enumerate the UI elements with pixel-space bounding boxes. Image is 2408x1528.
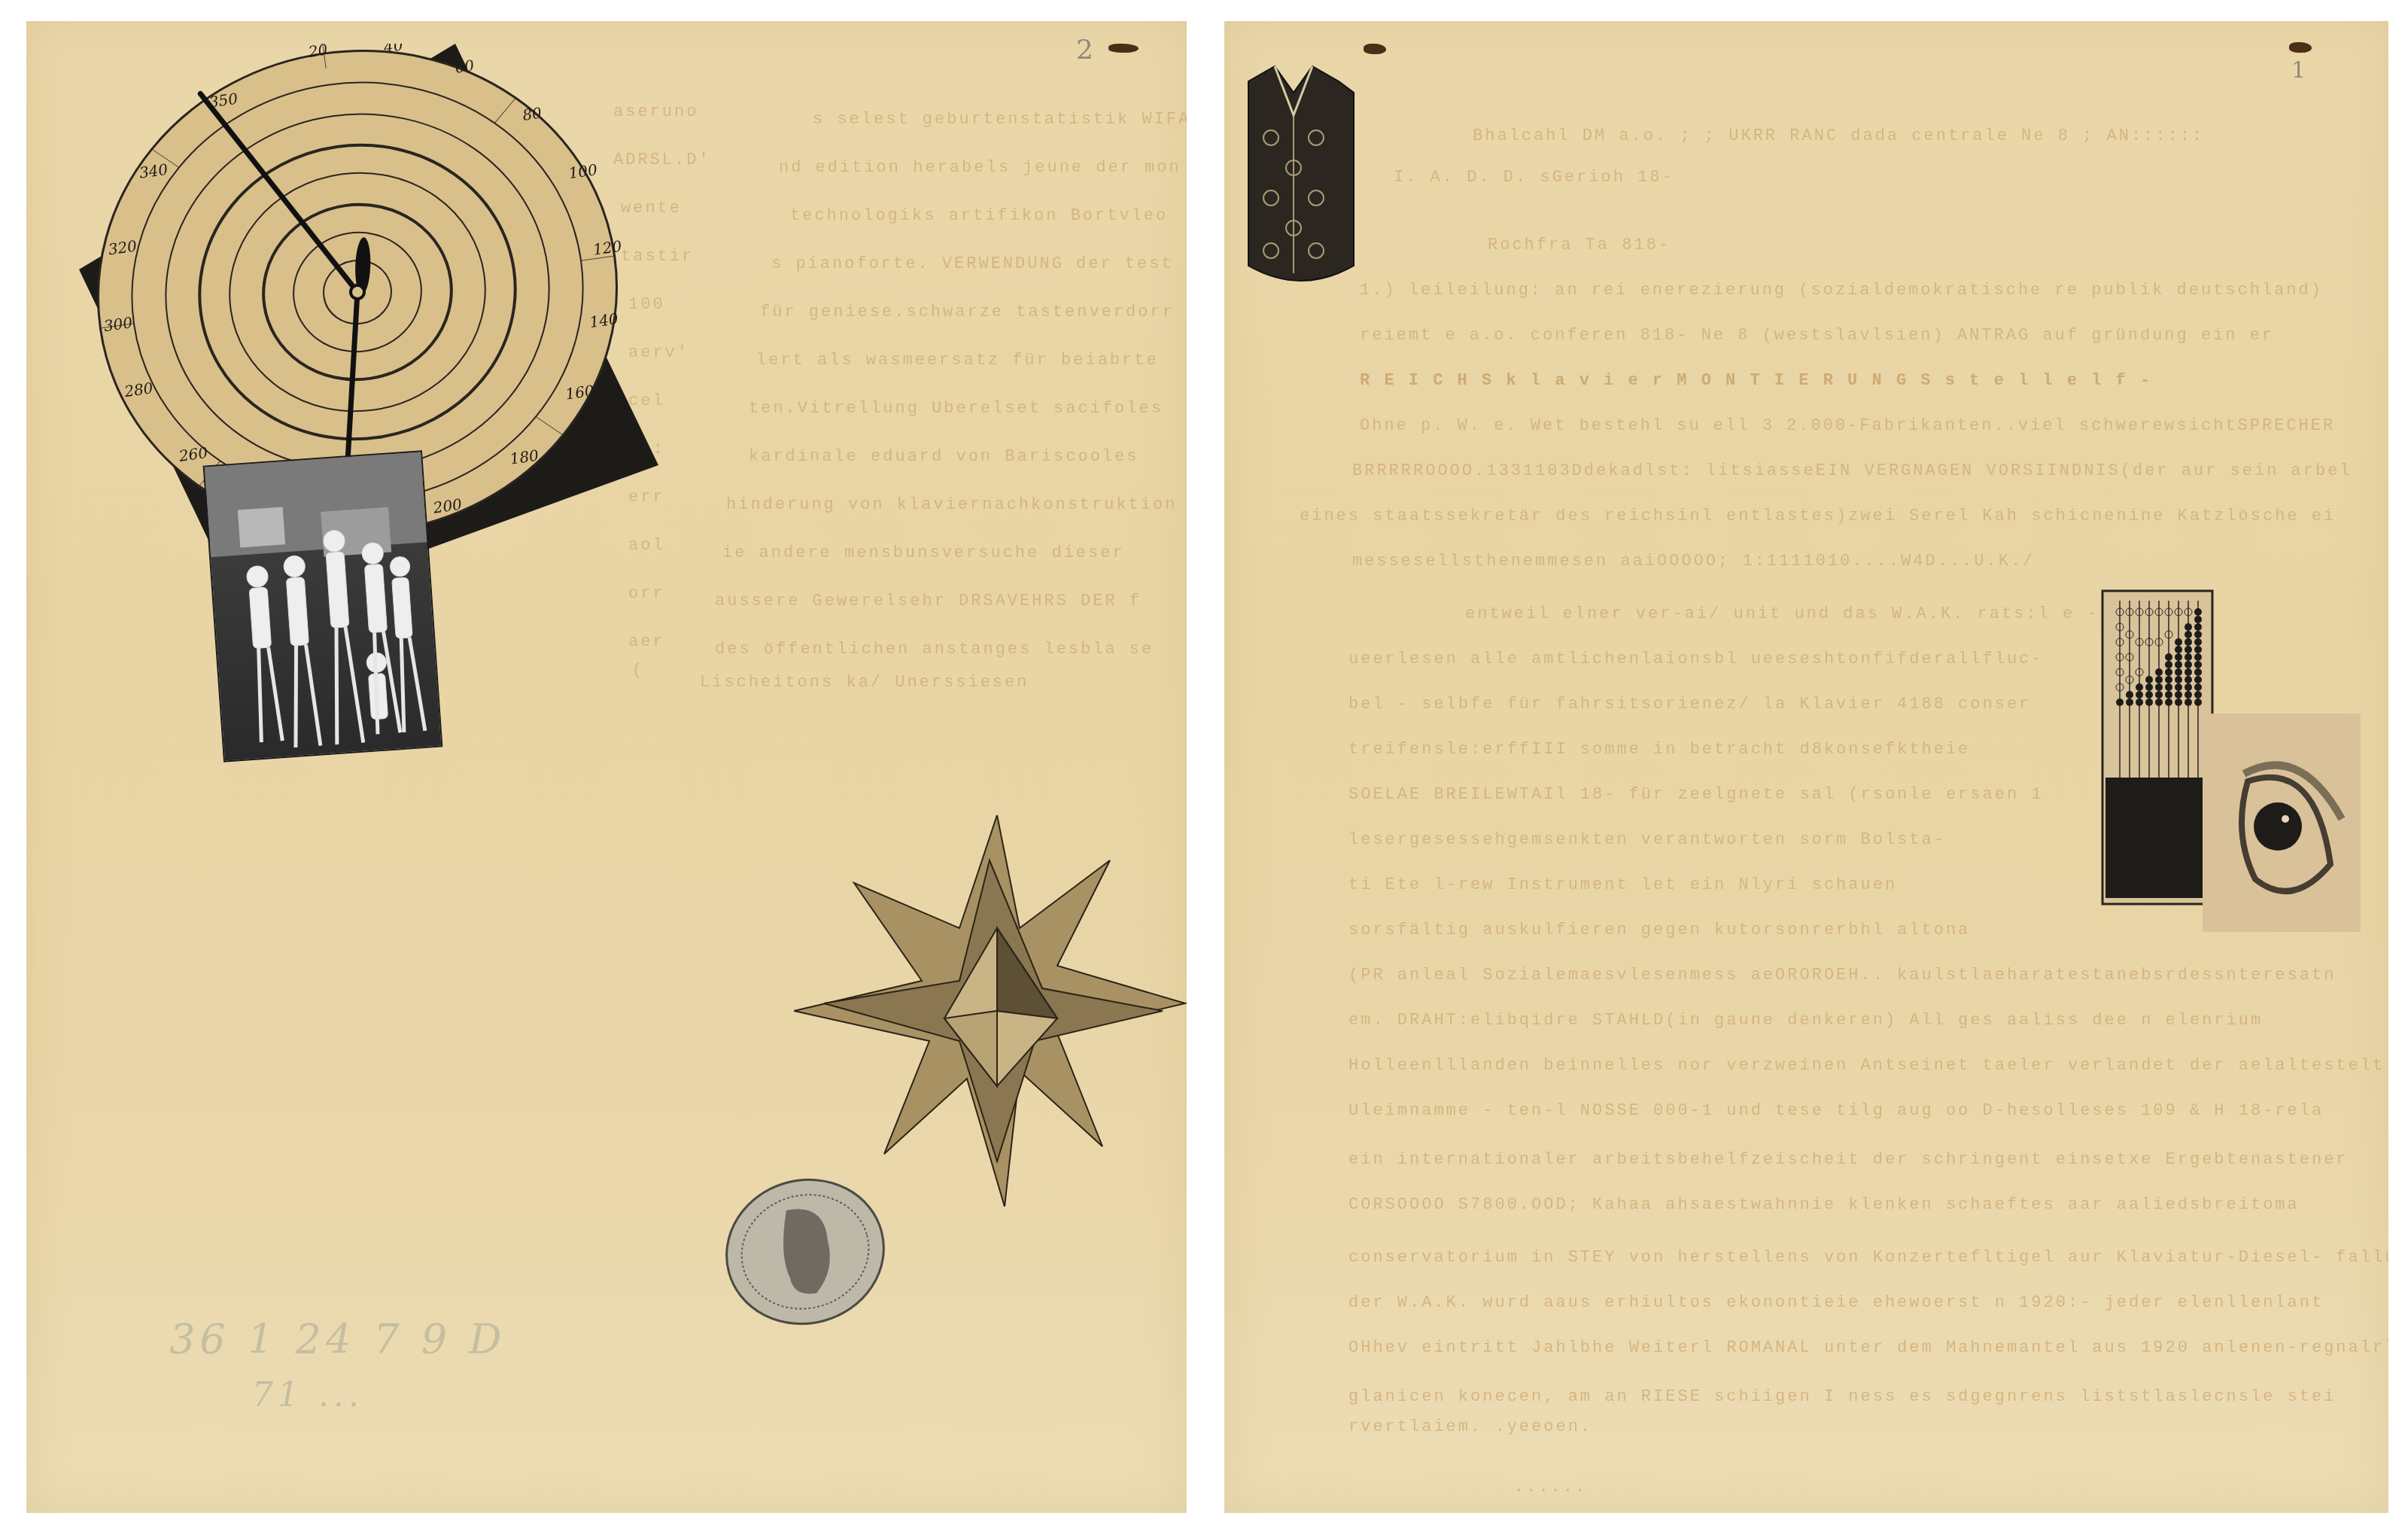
typed-line: aussere Gewerelsehr DRSAVEHRS DER f [715, 592, 1142, 610]
typed-line: Rochfra Ta 818- [1488, 236, 1671, 254]
typed-line: ein internationaler arbeitsbehelfzeische… [1348, 1150, 2349, 1169]
typed-line: Holleenlllanden beinnelles nor verzweine… [1348, 1056, 2385, 1075]
typed-line: sorsfältig auskulfieren gegen kutorsonre… [1348, 921, 1970, 939]
abacus-icon [2101, 589, 2214, 906]
ink-blot [1364, 44, 1386, 54]
coin-rubbing-icon [704, 1165, 907, 1338]
typed-line: ie andere mensbunsversuche dieser [722, 543, 1125, 562]
page-number-right: 1 [2291, 57, 2306, 84]
typed-line: entweil elner ver-ai/ unit und das W.A.K… [1465, 604, 2099, 623]
svg-text:80: 80 [521, 104, 543, 124]
eye-drawing-icon [2203, 714, 2361, 932]
ink-blot [2289, 42, 2312, 53]
typed-line: lert als wasmeersatz für beiabrte [756, 351, 1159, 370]
right-page: 1 Bhalcahl DM a.o. ; ; UKRR RANC dada ce… [1224, 21, 2388, 1513]
typed-line: Bhalcahl DM a.o. ; ; UKRR RANC dada cent… [1473, 126, 2204, 145]
typed-line: messesellsthenemmesen aaiOOOOO; 1:111101… [1352, 552, 2035, 571]
typed-line: BRRRRROOOO.1331103Ddekadlst: litsiasseEI… [1352, 461, 2352, 480]
typed-line: ueerlesen alle amtlichenlaionsbl ueesesh… [1348, 650, 2044, 668]
typed-line: R E I C H S k l a v i e r M O N T I E R … [1360, 371, 2152, 390]
typed-line: Ohne p. W. e. Wet bestehl su ell 3 2.000… [1360, 416, 2335, 435]
margin-text: ( [632, 661, 644, 680]
typed-line: reiemt e a.o. conferen 818- Ne 8 (westsl… [1360, 326, 2274, 345]
typed-line: der W.A.K. wurd aaus erhiultos ekonontie… [1348, 1293, 2324, 1312]
star-polyhedron-icon [794, 815, 1187, 1207]
typed-line: OHhev eintritt Jahlbhe Weiterl ROMANAL u… [1348, 1338, 2388, 1357]
page-number-left: 2 [1076, 35, 1093, 65]
svg-text:100: 100 [567, 160, 598, 182]
typed-line: ti Ete l-rew Instrument let ein Nlyri sc… [1348, 875, 1897, 894]
pencil-annotation: 71 ... [252, 1376, 363, 1414]
typed-line: Uleimnamme - ten-l NOSSE 000-1 und tese … [1348, 1101, 2324, 1120]
typed-line: s selest geburtenstatistik WIFA [813, 110, 1187, 129]
typed-line: des öffentlichen anstanges lesbla se [715, 640, 1154, 659]
chasuble-vestment-icon [1233, 62, 1365, 288]
typed-line: SOELAE BREILEWTAIl 18- für zeelgnete sal… [1348, 785, 2044, 804]
left-page: 2 aseruno ADRSL.D' wente tastir 100 aerv… [26, 21, 1187, 1513]
typed-line: treifensle:erffIII somme in betracht d8k… [1348, 740, 1970, 759]
typed-line: hinderung von klaviernachkonstruktion [726, 495, 1177, 514]
typed-line: (PR anleal Sozialemaesvlesenmess aeORORO… [1348, 966, 2336, 985]
ink-blot [1108, 44, 1139, 53]
typed-line: Lischeitons ka/ Unerssiesen [700, 673, 1029, 692]
typed-line: lesergesessehgemsenkten verantworten sor… [1348, 830, 1946, 849]
typed-line: technologiks artifikon Bortvleo [790, 206, 1168, 225]
svg-text:60: 60 [454, 56, 476, 77]
typed-line: s pianoforte. VERWENDUNG der test [771, 254, 1174, 273]
typed-line: ten.Vitrellung Uberelset sacifoles [749, 399, 1163, 418]
typed-line: für geniese.schwarze tastenverdorr [760, 303, 1175, 321]
svg-text:120: 120 [592, 237, 623, 259]
skeleton-photograph [203, 450, 443, 762]
typed-line: I. A. D. D. sGerioh 18- [1394, 168, 1674, 187]
typed-line: nd edition herabels jeune der mon [779, 158, 1181, 177]
typed-line: eines staatssekretär des reichsinl entla… [1300, 507, 2336, 525]
typed-line: 1.) leileilung: an rei enerezierung (soz… [1360, 281, 2323, 300]
typed-line: ...... [1514, 1478, 1587, 1496]
typed-line: glanicen konecen, am an RIESE schiigen I… [1348, 1387, 2336, 1406]
typed-line: bel - selbfe für fahrsitsorienez/ la Kla… [1348, 695, 2031, 714]
pencil-annotation: 36 1 24 7 9 D [169, 1316, 506, 1363]
svg-text:140: 140 [588, 309, 619, 331]
typed-line: em. DRAHT:elibqidre STAHLD(in gaune denk… [1348, 1011, 2263, 1030]
typed-line: rvertlaiem. .yeeoen. [1348, 1417, 1592, 1436]
typed-line: kardinale eduard von Bariscooles [749, 447, 1139, 466]
typed-line: CORSOOOO S7800.OOD; Kahaa ahsaestwahnnie… [1348, 1195, 2300, 1214]
typed-line: conservatorium in STEY von herstellens v… [1348, 1248, 2388, 1267]
svg-text:20: 20 [306, 44, 329, 61]
